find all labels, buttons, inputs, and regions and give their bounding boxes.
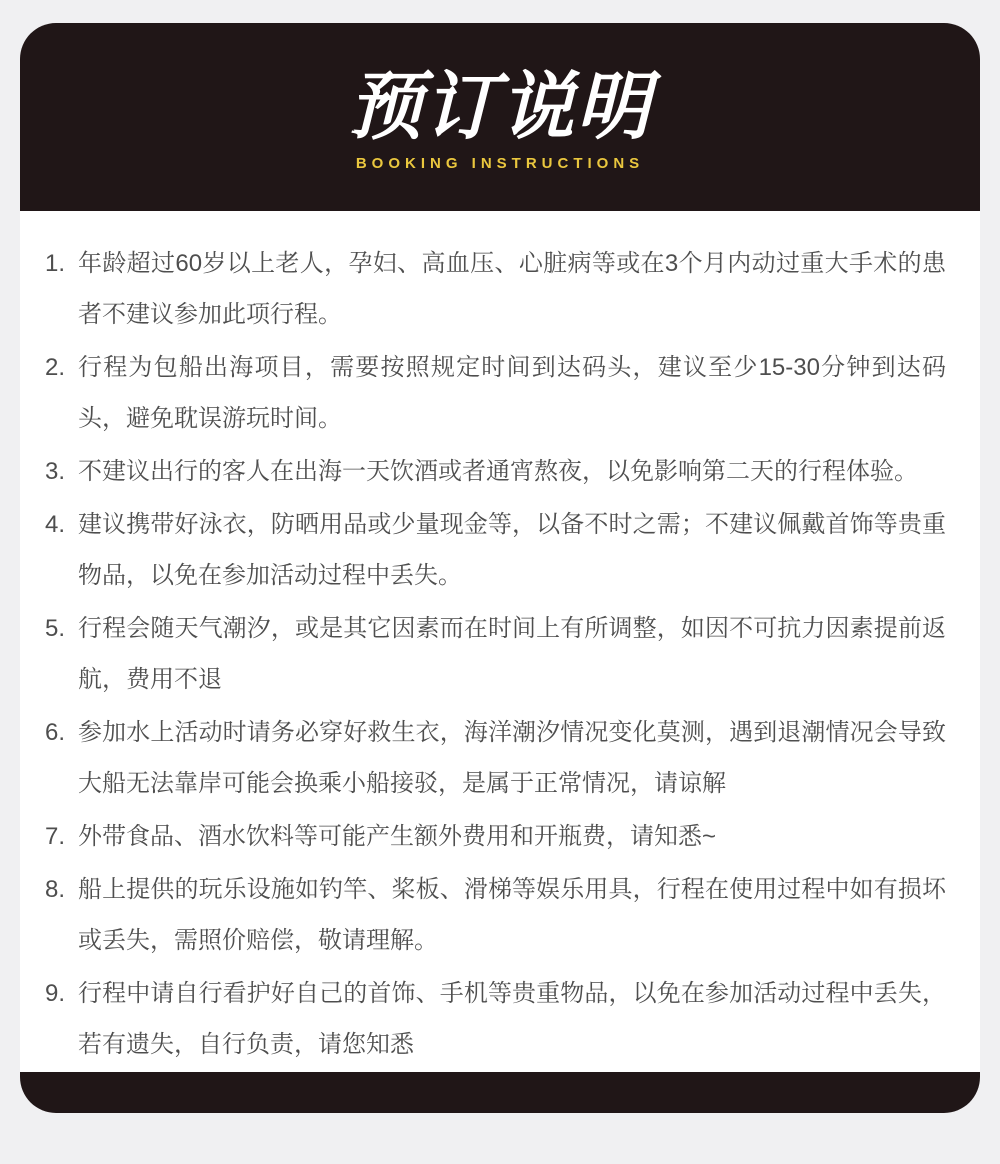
list-item-text: 参加水上活动时请务必穿好救生衣，海洋潮汐情况变化莫测，遇到退潮情况会导致大船无法… <box>78 719 946 797</box>
list-item: 1.年龄超过60岁以上老人，孕妇、高血压、心脏病等或在3个月内动过重大手术的患者… <box>45 238 946 340</box>
instructions-list: 1.年龄超过60岁以上老人，孕妇、高血压、心脏病等或在3个月内动过重大手术的患者… <box>45 238 946 1070</box>
list-item-text: 不建议出行的客人在出海一天饮酒或者通宵熬夜，以免影响第二天的行程体验。 <box>78 458 918 485</box>
list-item: 6.参加水上活动时请务必穿好救生衣，海洋潮汐情况变化莫测，遇到退潮情况会导致大船… <box>45 707 946 809</box>
list-item-number: 4. <box>45 499 75 550</box>
page-subtitle: BOOKING INSTRUCTIONS <box>356 155 644 172</box>
card-footer <box>20 1072 980 1113</box>
booking-instructions-card: 预订说明 BOOKING INSTRUCTIONS 1.年龄超过60岁以上老人，… <box>20 23 980 1113</box>
list-item-text: 外带食品、酒水饮料等可能产生额外费用和开瓶费，请知悉~ <box>78 823 716 850</box>
list-item-number: 9. <box>45 968 75 1019</box>
list-item-text: 年龄超过60岁以上老人，孕妇、高血压、心脏病等或在3个月内动过重大手术的患者不建… <box>78 250 946 328</box>
instructions-content: 1.年龄超过60岁以上老人，孕妇、高血压、心脏病等或在3个月内动过重大手术的患者… <box>20 211 980 1072</box>
list-item-number: 8. <box>45 864 75 915</box>
list-item: 3.不建议出行的客人在出海一天饮酒或者通宵熬夜，以免影响第二天的行程体验。 <box>45 446 946 497</box>
list-item: 9.行程中请自行看护好自己的首饰、手机等贵重物品，以免在参加活动过程中丢失，若有… <box>45 968 946 1070</box>
list-item: 4.建议携带好泳衣，防晒用品或少量现金等，以备不时之需；不建议佩戴首饰等贵重物品… <box>45 499 946 601</box>
list-item-number: 2. <box>45 342 75 393</box>
card-header: 预订说明 BOOKING INSTRUCTIONS <box>20 23 980 211</box>
list-item-number: 6. <box>45 707 75 758</box>
list-item-text: 建议携带好泳衣，防晒用品或少量现金等，以备不时之需；不建议佩戴首饰等贵重物品，以… <box>78 511 946 589</box>
list-item-text: 行程为包船出海项目，需要按照规定时间到达码头，建议至少15-30分钟到达码头，避… <box>78 354 946 432</box>
list-item-text: 船上提供的玩乐设施如钓竿、桨板、滑梯等娱乐用具，行程在使用过程中如有损坏或丢失，… <box>78 876 946 954</box>
list-item: 2.行程为包船出海项目，需要按照规定时间到达码头，建议至少15-30分钟到达码头… <box>45 342 946 444</box>
list-item-number: 3. <box>45 446 75 497</box>
list-item-number: 7. <box>45 811 75 862</box>
page-title: 预订说明 <box>348 68 652 146</box>
list-item: 5.行程会随天气潮汐，或是其它因素而在时间上有所调整，如因不可抗力因素提前返航，… <box>45 603 946 705</box>
list-item-number: 5. <box>45 603 75 654</box>
list-item-text: 行程会随天气潮汐，或是其它因素而在时间上有所调整，如因不可抗力因素提前返航，费用… <box>78 615 946 693</box>
list-item-number: 1. <box>45 238 75 289</box>
page-background: 预订说明 BOOKING INSTRUCTIONS 1.年龄超过60岁以上老人，… <box>0 0 1000 1164</box>
list-item: 8.船上提供的玩乐设施如钓竿、桨板、滑梯等娱乐用具，行程在使用过程中如有损坏或丢… <box>45 864 946 966</box>
list-item-text: 行程中请自行看护好自己的首饰、手机等贵重物品，以免在参加活动过程中丢失，若有遗失… <box>78 980 946 1058</box>
list-item: 7.外带食品、酒水饮料等可能产生额外费用和开瓶费，请知悉~ <box>45 811 946 862</box>
